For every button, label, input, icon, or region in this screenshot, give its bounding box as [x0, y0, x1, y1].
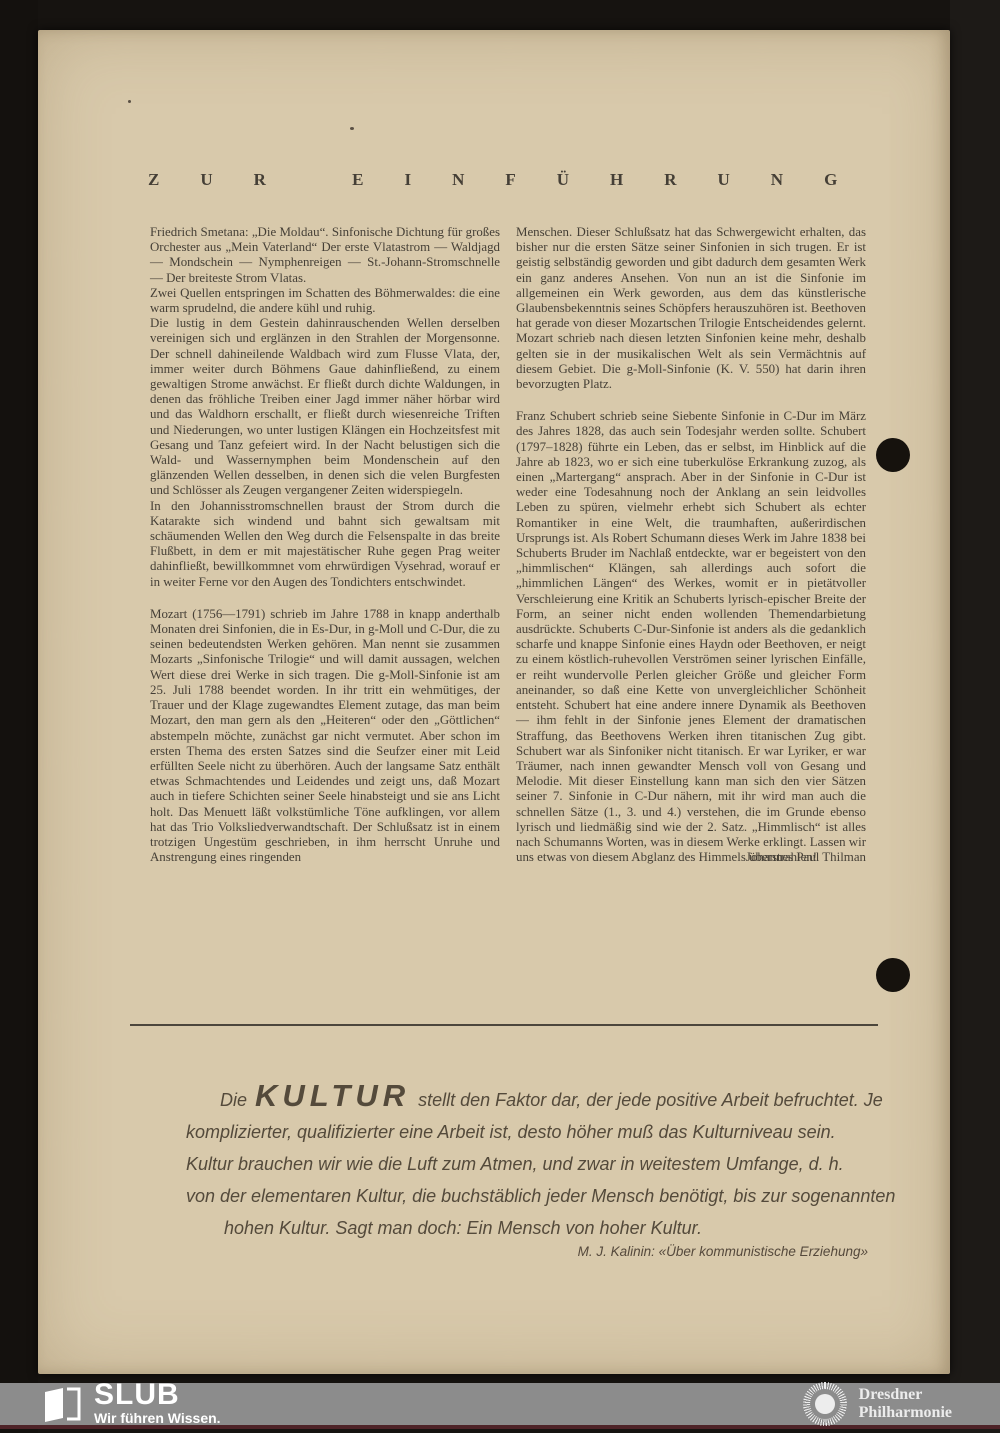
slub-tagline: Wir führen Wissen. [94, 1410, 221, 1426]
paragraph-smetana-quellen: Zwei Quellen entspringen im Schatten des… [150, 286, 500, 316]
quote-line-3: Kultur brauchen wir wie die Luft zum Atm… [186, 1148, 876, 1180]
paragraph-smetana-wellen: Die lustig in dem Gestein dahinrauschend… [150, 316, 500, 498]
paragraph-mozart-fortsetzung: Menschen. Dieser Schlußsatz hat das Schw… [516, 225, 866, 392]
quote-line-1-rest: stellt den Faktor dar, der jede positive… [418, 1090, 883, 1110]
sunburst-icon [803, 1382, 847, 1426]
quote-line-5: hohen Kultur. Sagt man doch: Ein Mensch … [224, 1212, 876, 1244]
quote-line-4: von der elementaren Kultur, die buchstäb… [186, 1180, 876, 1212]
scan-background: ZUR EINFÜHRUNG Friedrich Smetana: „Die M… [0, 0, 1000, 1433]
left-column: Friedrich Smetana: „Die Moldau“. Sinfoni… [150, 225, 500, 865]
quote-lead-word: Die [220, 1090, 247, 1110]
paragraph-schubert: Franz Schubert schrieb seine Siebente Si… [516, 409, 866, 865]
page-title: ZUR EINFÜHRUNG [148, 170, 908, 190]
dresdner-philharmonie-logo[interactable]: Dresdner Philharmonie [803, 1382, 952, 1426]
hole-punch-top [876, 438, 910, 472]
right-column: Menschen. Dieser Schlußsatz hat das Schw… [516, 225, 866, 865]
paragraph-smetana-intro: Friedrich Smetana: „Die Moldau“. Sinfoni… [150, 225, 500, 286]
quote-line-1: DieKULTURstellt den Faktor dar, der jede… [220, 1080, 876, 1116]
paper-speck [128, 100, 131, 103]
paper-speck [350, 127, 354, 130]
slub-logo[interactable]: SLUB Wir führen Wissen. [42, 1382, 221, 1426]
paragraph-mozart: Mozart (1756—1791) schrieb im Jahre 1788… [150, 607, 500, 865]
quote-line-2: komplizierter, qualifizierter eine Arbei… [186, 1116, 876, 1148]
article-columns: Friedrich Smetana: „Die Moldau“. Sinfoni… [150, 225, 866, 865]
slub-wordmark: SLUB Wir führen Wissen. [94, 1382, 221, 1426]
paragraph-smetana-stromschnellen: In den Johannisstromschnellen braust der… [150, 499, 500, 590]
hole-punch-bottom [876, 958, 910, 992]
kultur-quote: DieKULTURstellt den Faktor dar, der jede… [186, 1080, 876, 1244]
quote-attribution: M. J. Kalinin: «Über kommunistische Erzi… [186, 1244, 868, 1259]
philharmonie-wordmark: Dresdner Philharmonie [859, 1386, 952, 1422]
quote-highlight-word: KULTUR [247, 1078, 418, 1113]
viewer-footer: SLUB Wir führen Wissen. Dresdner Philhar… [0, 1383, 1000, 1429]
philharmonie-line1: Dresdner [859, 1386, 952, 1404]
horizontal-divider [130, 1024, 878, 1026]
philharmonie-line2: Philharmonie [859, 1404, 952, 1422]
slub-book-icon [42, 1385, 82, 1425]
scanned-page: ZUR EINFÜHRUNG Friedrich Smetana: „Die M… [38, 30, 950, 1374]
slub-name: SLUB [94, 1382, 221, 1408]
